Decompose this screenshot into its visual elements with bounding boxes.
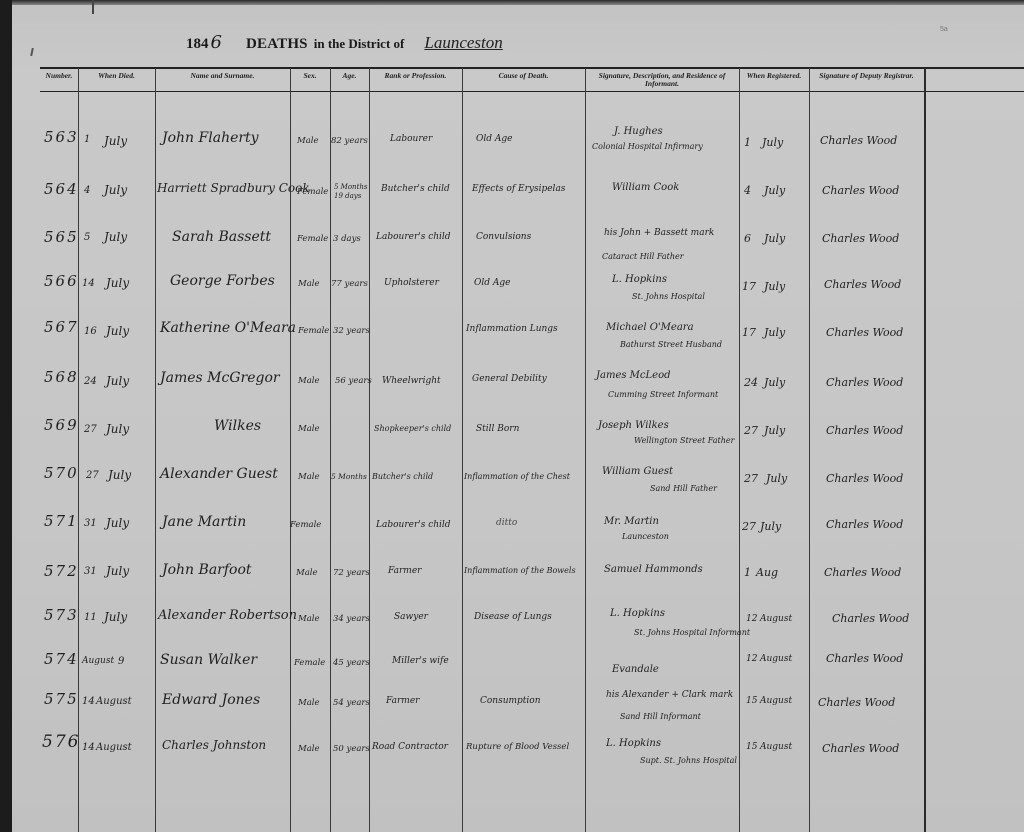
column-divider [739, 68, 740, 832]
rank-profession: Farmer [386, 696, 419, 706]
age: 54 years [333, 698, 370, 708]
deputy-registrar: Charles Wood [832, 612, 909, 625]
registered-month: August [760, 742, 792, 752]
rank-profession: Miller's wife [392, 656, 449, 666]
heading-mid: in the District of [314, 36, 405, 52]
deceased-name: Edward Jones [162, 692, 260, 708]
sex: Female [297, 234, 328, 244]
registered-day: 12 [746, 614, 757, 624]
death-month: July [106, 276, 129, 290]
sex: Male [298, 614, 320, 624]
death-day: 24 [84, 376, 97, 387]
column-divider [155, 68, 156, 832]
rank-profession: Wheelwright [382, 376, 441, 386]
registered-day: 12 [746, 654, 757, 664]
informant-residence: Wellington Street Father [634, 436, 734, 445]
registered-month: July [766, 472, 787, 485]
deputy-registrar: Charles Wood [822, 232, 899, 245]
informant-residence: St. Johns Hospital Informant [634, 628, 750, 637]
col-header-sex: Sex. [290, 72, 330, 80]
age: 56 years [335, 376, 372, 386]
district-name: Launceston [424, 33, 502, 53]
sex: Female [294, 658, 325, 668]
col-header-name: Name and Surname. [155, 72, 290, 80]
deceased-name: Katherine O'Meara [160, 320, 296, 336]
death-month: July [104, 610, 127, 624]
deputy-registrar: Charles Wood [826, 424, 903, 437]
informant-residence: Sand Hill Informant [620, 712, 701, 721]
deputy-registrar: Charles Wood [818, 696, 895, 709]
informant-name: L. Hopkins [606, 738, 661, 749]
sex: Male [298, 424, 320, 434]
cause-of-death: General Debility [472, 374, 547, 384]
cause-of-death: Inflammation of the Bowels [464, 566, 576, 575]
informant-name: Mr. Martin [604, 516, 659, 527]
age: 72 years [333, 568, 370, 578]
death-day: 31 [84, 518, 97, 529]
entry-number: 569 [44, 416, 79, 434]
age: 50 years [333, 744, 370, 754]
entry-number: 566 [44, 272, 79, 290]
deputy-registrar: Charles Wood [826, 326, 903, 339]
registered-day: 24 [744, 376, 758, 389]
registered-month: July [764, 280, 785, 293]
registered-day: 27 [744, 424, 758, 437]
col-header-age: Age. [330, 72, 369, 80]
deceased-name: James McGregor [160, 370, 280, 386]
registered-day: 15 [746, 742, 757, 752]
registered-month: August [760, 696, 792, 706]
entry-number: 565 [44, 228, 79, 246]
year-printed: 184 [186, 36, 209, 53]
death-month: August [82, 656, 114, 666]
death-month: July [108, 468, 131, 482]
entry-number: 563 [44, 128, 79, 146]
death-day: 27 [84, 424, 97, 435]
age: 5 Months 19 days [334, 183, 370, 201]
col-header-informant: Signature, Description, and Residence of… [592, 72, 732, 88]
column-divider [809, 68, 810, 832]
death-month: July [104, 230, 127, 244]
age: 45 years [333, 658, 370, 668]
sex: Male [298, 279, 320, 289]
sex: Female [290, 520, 321, 530]
informant-name: Joseph Wilkes [598, 420, 669, 431]
cause-of-death: Inflammation Lungs [466, 324, 558, 334]
entry-number: 567 [44, 318, 79, 336]
col-header-deputy: Signature of Deputy Registrar. [809, 72, 924, 80]
age: 32 years [333, 326, 370, 336]
deceased-name: Wilkes [214, 418, 261, 434]
deceased-name: John Barfoot [162, 562, 252, 578]
column-divider [585, 68, 586, 832]
header-bottom-rule [40, 91, 1024, 92]
col-header-rank: Rank or Profession. [369, 72, 462, 80]
informant-residence: Cataract Hill Father [602, 252, 684, 261]
informant-name: J. Hughes [614, 126, 663, 137]
informant-name: William Cook [612, 182, 679, 193]
entry-number: 575 [44, 690, 79, 708]
registered-month: July [764, 376, 785, 389]
sex: Male [296, 568, 318, 578]
registered-day: 17 [742, 280, 756, 293]
deceased-name: John Flaherty [162, 130, 259, 146]
informant-residence: St. Johns Hospital [632, 292, 705, 301]
registered-month: August [760, 614, 792, 624]
entry-number: 573 [44, 606, 79, 624]
rank-profession: Sawyer [394, 612, 428, 622]
informant-residence: Cumming Street Informant [608, 390, 718, 399]
deceased-name: Jane Martin [162, 514, 246, 530]
deputy-registrar: Charles Wood [822, 184, 899, 197]
death-day: 9 [118, 656, 124, 667]
rank-profession: Labourer's child [376, 232, 451, 242]
death-month: July [106, 374, 129, 388]
age: 82 years [331, 136, 368, 146]
cause-of-death: Effects of Erysipelas [472, 184, 565, 194]
deputy-registrar: Charles Wood [826, 518, 903, 531]
entry-number: 574 [44, 650, 79, 668]
col-header-number: Number. [40, 72, 78, 80]
informant-residence: Bathurst Street Husband [620, 340, 722, 349]
death-day: 31 [84, 566, 97, 577]
death-day: 4 [84, 185, 90, 196]
deceased-name: Charles Johnston [162, 738, 266, 752]
registered-month: Aug [756, 566, 778, 579]
registered-month: July [764, 232, 785, 245]
page-title: 184 6 DEATHS in the District of Launcest… [186, 32, 503, 53]
entry-number: 564 [44, 180, 79, 198]
sex: Female [298, 326, 329, 336]
entry-number: 571 [44, 512, 79, 530]
informant-residence: Colonial Hospital Infirmary [592, 142, 703, 151]
scan-top-border [12, 0, 1024, 5]
rank-profession: Farmer [388, 566, 421, 576]
deceased-name: Susan Walker [160, 652, 257, 668]
sex: Male [298, 698, 320, 708]
age: 3 days [333, 234, 361, 244]
corner-mark: 5a [940, 26, 948, 33]
column-divider [330, 68, 331, 832]
informant-name: Michael O'Meara [606, 322, 694, 333]
col-header-when-registered: When Registered. [739, 72, 809, 80]
cause-of-death: Old Age [476, 134, 512, 144]
registered-month: July [760, 520, 781, 533]
registered-day: 17 [742, 326, 756, 339]
cause-of-death: Convulsions [476, 232, 531, 242]
deputy-registrar: Charles Wood [826, 652, 903, 665]
col-header-when-died: When Died. [78, 72, 155, 80]
death-month: July [106, 564, 129, 578]
deputy-registrar: Charles Wood [824, 278, 901, 291]
entry-number: 576 [42, 732, 80, 752]
registered-day: 15 [746, 696, 757, 706]
entry-number: 570 [44, 464, 79, 482]
sex: Male [298, 744, 320, 754]
deputy-registrar: Charles Wood [822, 742, 899, 755]
sex: Male [298, 376, 320, 386]
cause-of-death: Inflammation of the Chest [464, 472, 570, 481]
death-day: 1 [84, 134, 90, 145]
deceased-name: Sarah Bassett [172, 229, 271, 245]
year-handwritten: 6 [211, 32, 222, 53]
death-day: 14 [82, 742, 95, 753]
registered-day: 4 [744, 184, 751, 197]
header-top-rule [40, 67, 1024, 69]
deputy-registrar: Charles Wood [820, 134, 897, 147]
death-day: 14 [82, 278, 95, 289]
registered-day: 27 [744, 472, 758, 485]
heading-deaths: DEATHS [246, 36, 308, 53]
cause-of-death: Old Age [474, 278, 510, 288]
informant-name: his John + Bassett mark [604, 228, 714, 238]
rank-profession: Labourer [390, 134, 432, 144]
informant-residence: Launceston [622, 532, 669, 541]
informant-residence: Supt. St. Johns Hospital [640, 756, 737, 765]
death-month: August [96, 696, 132, 707]
informant-name: Samuel Hammonds [604, 564, 703, 575]
informant-name: William Guest [602, 466, 673, 477]
registered-day: 6 [744, 232, 751, 245]
cause-of-death: ditto [496, 518, 517, 528]
entry-number: 568 [44, 368, 79, 386]
cause-of-death: Disease of Lungs [474, 612, 552, 622]
deputy-registrar: Charles Wood [824, 566, 901, 579]
registered-month: July [764, 424, 785, 437]
deceased-name: George Forbes [170, 273, 275, 289]
cause-of-death: Consumption [480, 696, 541, 706]
registered-month: July [762, 136, 783, 149]
registered-day: 27 [742, 520, 756, 533]
death-month: July [106, 324, 129, 338]
age: 77 years [331, 279, 368, 289]
deceased-name: Alexander Robertson [158, 608, 297, 623]
entry-number: 572 [44, 562, 79, 580]
death-day: 27 [86, 470, 99, 481]
cause-of-death: Rupture of Blood Vessel [466, 742, 569, 752]
death-month: July [106, 516, 129, 530]
registered-day: 1 [744, 136, 751, 149]
deputy-registrar: Charles Wood [826, 376, 903, 389]
rank-profession: Butcher's child [381, 184, 450, 194]
column-divider [462, 68, 463, 832]
rank-profession: Road Contractor [372, 742, 448, 752]
death-month: July [106, 422, 129, 436]
death-day: 11 [84, 612, 97, 623]
sex: Male [298, 472, 320, 482]
registered-month: July [764, 326, 785, 339]
informant-name: L. Hopkins [610, 608, 665, 619]
deceased-name: Harriett Spradbury Cook [157, 181, 310, 195]
sex: Female [297, 187, 328, 197]
death-month: July [104, 183, 127, 197]
deceased-name: Alexander Guest [160, 466, 278, 482]
col-header-cause: Cause of Death. [462, 72, 585, 80]
registered-month: August [760, 654, 792, 664]
deputy-registrar: Charles Wood [826, 472, 903, 485]
death-month: July [104, 134, 127, 148]
informant-residence: Sand Hill Father [650, 484, 717, 493]
rank-profession: Labourer's child [376, 520, 451, 530]
death-day: 14 [82, 696, 95, 707]
scan-left-border [0, 0, 12, 832]
column-divider [924, 68, 926, 832]
age: 34 years [333, 614, 370, 624]
sex: Male [297, 136, 319, 146]
cause-of-death: Still Born [476, 424, 519, 434]
death-day: 16 [84, 326, 97, 337]
death-day: 5 [84, 232, 90, 243]
informant-name: L. Hopkins [612, 274, 667, 285]
informant-name: James McLeod [596, 370, 671, 381]
rank-profession: Upholsterer [384, 278, 439, 288]
death-month: August [96, 742, 132, 753]
rank-profession: Butcher's child [372, 472, 433, 481]
informant-name: Evandale [612, 664, 659, 675]
rank-profession: Shopkeeper's child [374, 424, 451, 433]
binding-mark [92, 0, 94, 14]
informant-name: his Alexander + Clark mark [606, 690, 733, 700]
age: 5 Months [331, 472, 367, 481]
registered-day: 1 [744, 566, 751, 579]
registered-month: July [764, 184, 785, 197]
